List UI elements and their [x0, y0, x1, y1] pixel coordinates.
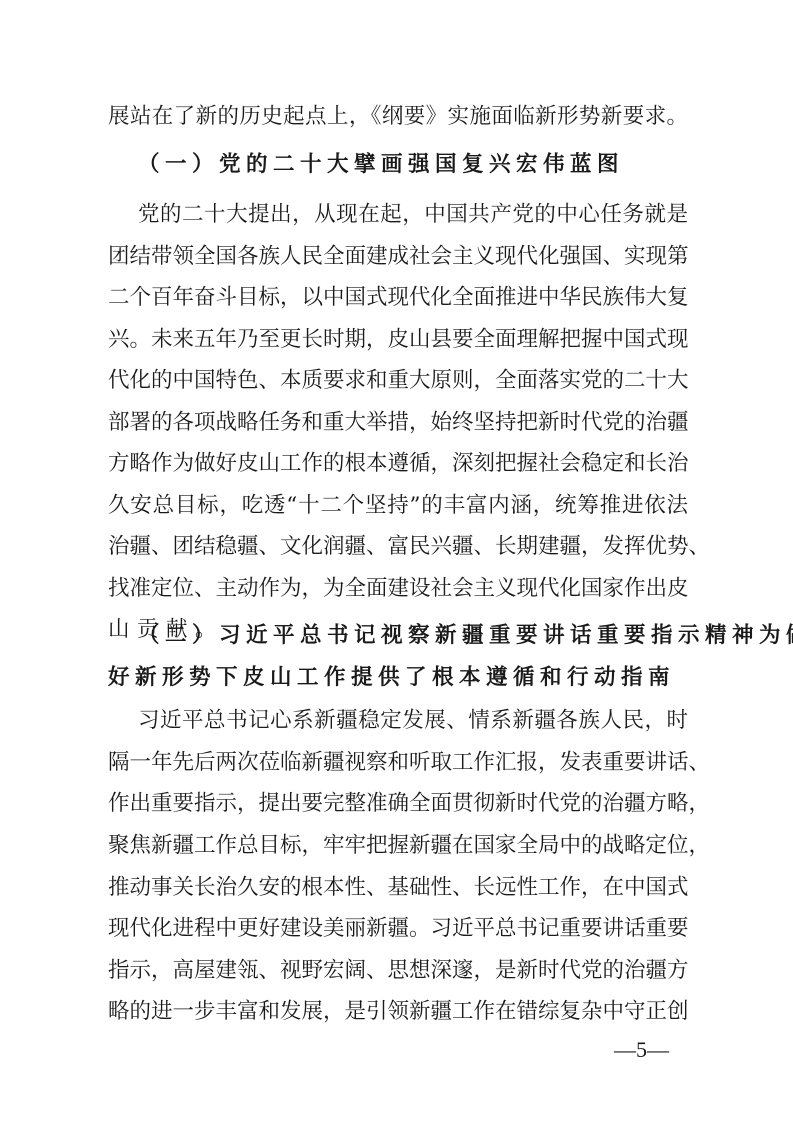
paragraph-2-line: 推动事关长治久安的根本性、基础性、长远性工作，在中国式	[108, 873, 688, 903]
paragraph-1-line: 久安总目标，吃透“十二个坚持”的丰富内涵，统筹推进依法	[108, 491, 688, 521]
paragraph-1-line: 部署的各项战略任务和重大举措，始终坚持把新时代党的治疆	[108, 408, 688, 438]
paragraph-1-line: 代化的中国特色、本质要求和重大原则，全面落实党的二十大	[108, 366, 688, 396]
section-heading-2: （二）习近平总书记视察新疆重要讲话重要指示精神为做	[138, 621, 688, 651]
paragraph-1-line: 二个百年奋斗目标，以中国式现代化全面推进中华民族伟大复	[108, 283, 688, 313]
paragraph-2-line: 指示，高屋建瓴、视野宏阔、思想深邃，是新时代党的治疆方	[108, 956, 688, 986]
paragraph-1-line: 治疆、团结稳疆、文化润疆、富民兴疆、长期建疆，发挥优势、	[108, 532, 688, 562]
paragraph-1-line: 兴。未来五年乃至更长时期，皮山县要全面理解把握中国式现	[108, 325, 688, 355]
paragraph-1-line: 方略作为做好皮山工作的根本遵循，深刻把握社会稳定和长治	[108, 449, 688, 479]
paragraph-2-line: 作出重要指示，提出要完整准确全面贯彻新时代党的治疆方略，	[108, 789, 688, 819]
paragraph-2-line: 隔一年先后两次莅临新疆视察和听取工作汇报，发表重要讲话、	[108, 748, 688, 778]
paragraph-2-line: 略的进一步丰富和发展，是引领新疆工作在错综复杂中守正创	[108, 997, 688, 1027]
document-page: 展站在了新的历史起点上，《纲要》实施面临新形势新要求。 （一）党的二十大擘画强国…	[0, 0, 793, 1122]
page-number: —5—	[614, 1036, 669, 1064]
section-heading-1: （一）党的二十大擘画强国复兴宏伟蓝图	[138, 150, 598, 180]
paragraph-2-line: 现代化进程中更好建设美丽新疆。习近平总书记重要讲话重要	[108, 914, 688, 944]
paragraph-1-line: 找准定位、主动作为，为全面建设社会主义现代化国家作出皮	[108, 574, 688, 604]
body-text-line: 展站在了新的历史起点上，《纲要》实施面临新形势新要求。	[108, 102, 688, 132]
paragraph-2-line: 聚焦新疆工作总目标，牢牢把握新疆在国家全局中的战略定位，	[108, 831, 688, 861]
paragraph-1-line: 党的二十大提出，从现在起，中国共产党的中心任务就是	[138, 200, 688, 230]
paragraph-2-line: 习近平总书记心系新疆稳定发展、情系新疆各族人民，时	[138, 706, 688, 736]
paragraph-1-line: 团结带领全国各族人民全面建成社会主义现代化强国、实现第	[108, 242, 688, 272]
section-heading-2-cont: 好新形势下皮山工作提供了根本遵循和行动指南	[108, 663, 688, 693]
